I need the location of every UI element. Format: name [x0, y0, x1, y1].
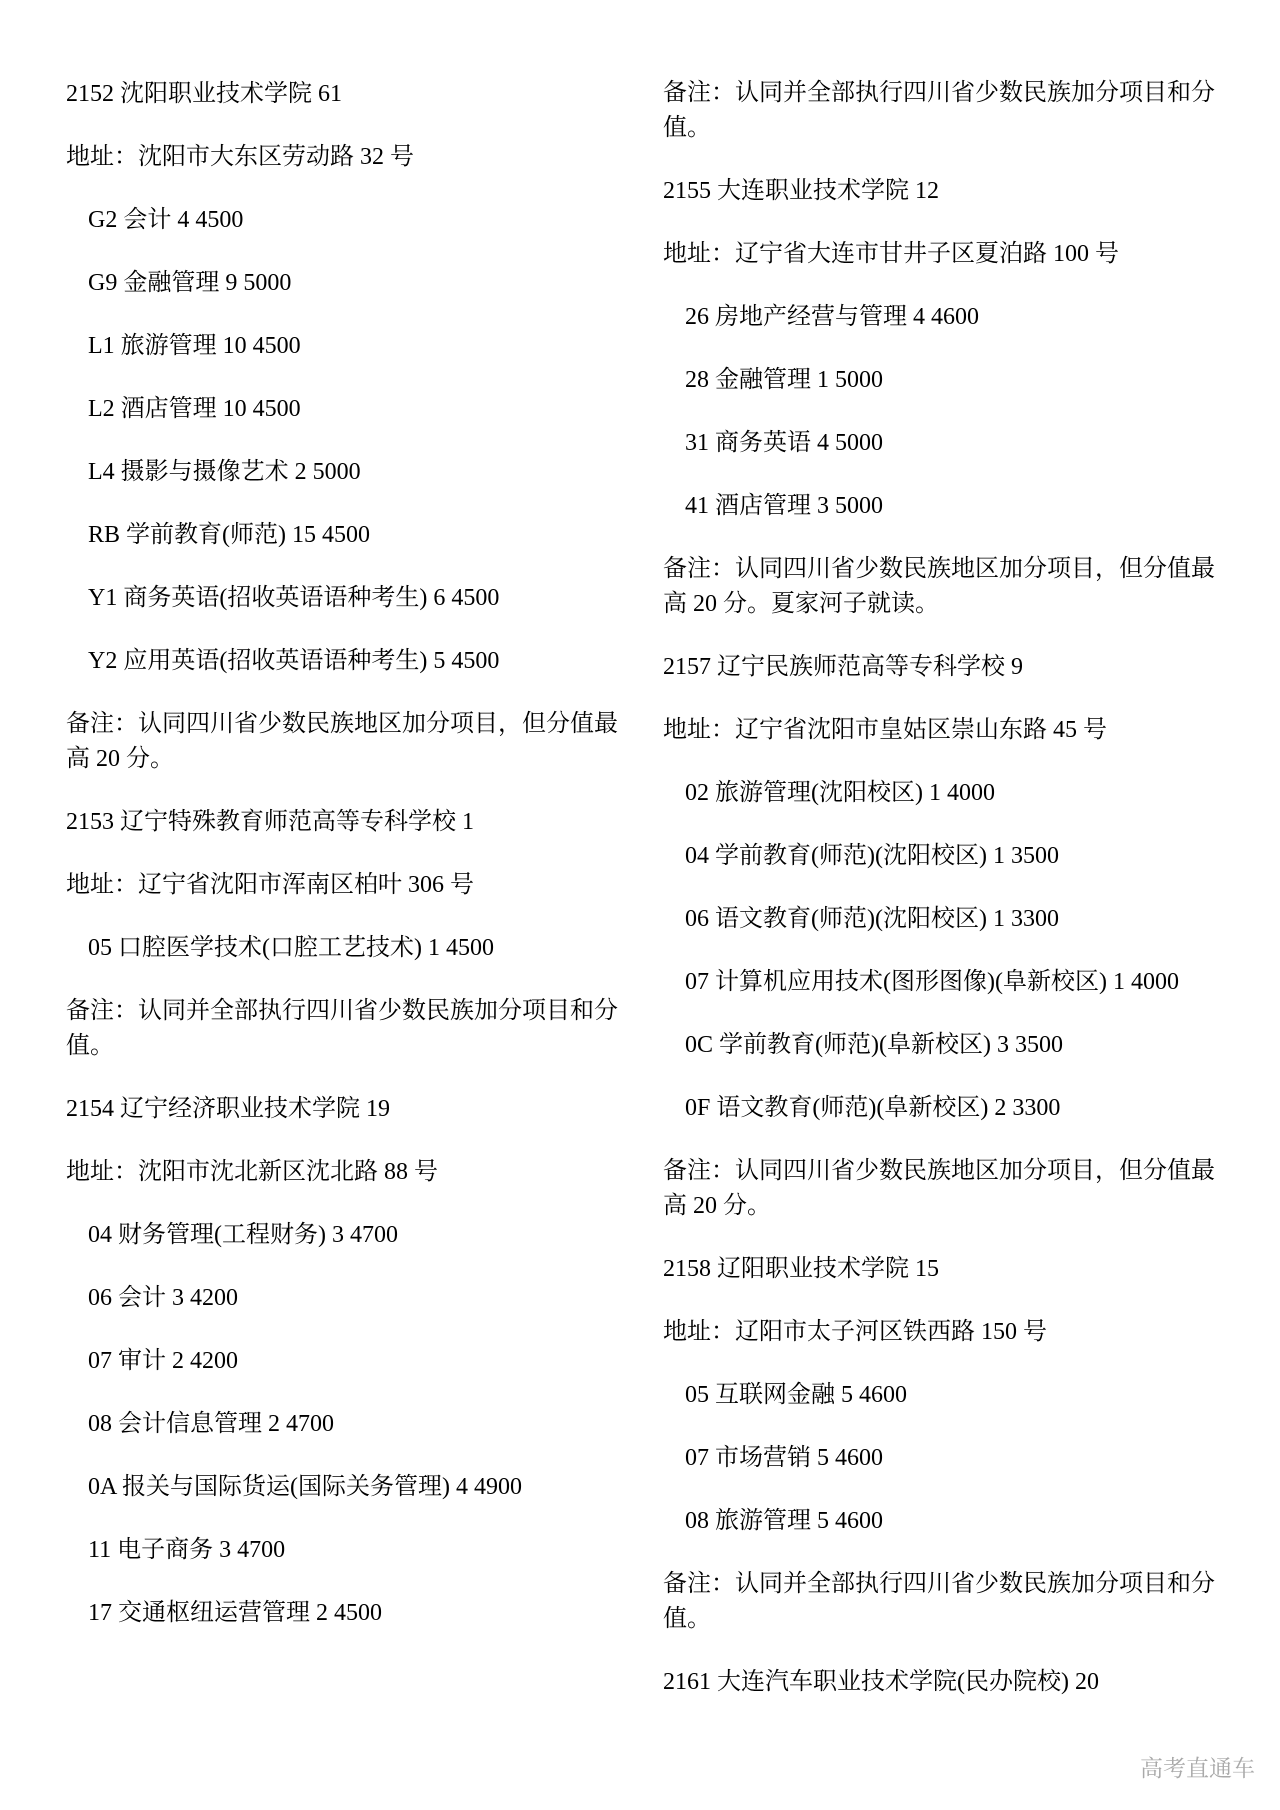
course-line: 26 房地产经营与管理 4 4600	[663, 300, 1223, 335]
course-line: 17 交通枢纽运营管理 2 4500	[66, 1596, 622, 1631]
school-line: 2154 辽宁经济职业技术学院 19	[66, 1092, 622, 1127]
course-line: 08 会计信息管理 2 4700	[66, 1407, 622, 1442]
address-line: 地址：沈阳市大东区劳动路 32 号	[66, 140, 622, 175]
course-line: 11 电子商务 3 4700	[66, 1533, 622, 1568]
note-line: 备注：认同四川省少数民族地区加分项目，但分值最高 20 分。	[66, 707, 622, 777]
course-line: 0A 报关与国际货运(国际关务管理) 4 4900	[66, 1470, 622, 1505]
course-line: 04 学前教育(师范)(沈阳校区) 1 3500	[663, 839, 1223, 874]
course-line: 06 会计 3 4200	[66, 1281, 622, 1316]
course-line: 28 金融管理 1 5000	[663, 363, 1223, 398]
address-line: 地址：辽阳市太子河区铁西路 150 号	[663, 1315, 1223, 1350]
course-line: 04 财务管理(工程财务) 3 4700	[66, 1218, 622, 1253]
course-line: 06 语文教育(师范)(沈阳校区) 1 3300	[663, 902, 1223, 937]
course-line: 0F 语文教育(师范)(阜新校区) 2 3300	[663, 1091, 1223, 1126]
school-line: 2157 辽宁民族师范高等专科学校 9	[663, 650, 1223, 685]
address-line: 地址：沈阳市沈北新区沈北路 88 号	[66, 1155, 622, 1190]
course-line: 41 酒店管理 3 5000	[663, 489, 1223, 524]
course-line: 0C 学前教育(师范)(阜新校区) 3 3500	[663, 1028, 1223, 1063]
school-line: 2158 辽阳职业技术学院 15	[663, 1252, 1223, 1287]
school-line: 2152 沈阳职业技术学院 61	[66, 77, 622, 112]
course-line: G9 金融管理 9 5000	[66, 266, 622, 301]
note-line: 备注：认同并全部执行四川省少数民族加分项目和分值。	[663, 76, 1223, 146]
note-line: 备注：认同并全部执行四川省少数民族加分项目和分值。	[663, 1567, 1223, 1637]
note-line: 备注：认同并全部执行四川省少数民族加分项目和分值。	[66, 994, 622, 1064]
school-line: 2153 辽宁特殊教育师范高等专科学校 1	[66, 805, 622, 840]
left-column: 2152 沈阳职业技术学院 61地址：沈阳市大东区劳动路 32 号G2 会计 4…	[66, 77, 622, 1659]
course-line: 07 计算机应用技术(图形图像)(阜新校区) 1 4000	[663, 965, 1223, 1000]
course-line: 05 互联网金融 5 4600	[663, 1378, 1223, 1413]
right-column: 备注：认同并全部执行四川省少数民族加分项目和分值。2155 大连职业技术学院 1…	[663, 76, 1223, 1728]
document-page: 2152 沈阳职业技术学院 61地址：沈阳市大东区劳动路 32 号G2 会计 4…	[0, 0, 1280, 1810]
course-line: 05 口腔医学技术(口腔工艺技术) 1 4500	[66, 931, 622, 966]
course-line: 08 旅游管理 5 4600	[663, 1504, 1223, 1539]
course-line: 07 市场营销 5 4600	[663, 1441, 1223, 1476]
address-line: 地址：辽宁省沈阳市浑南区柏叶 306 号	[66, 868, 622, 903]
note-line: 备注：认同四川省少数民族地区加分项目，但分值最高 20 分。夏家河子就读。	[663, 552, 1223, 622]
course-line: 02 旅游管理(沈阳校区) 1 4000	[663, 776, 1223, 811]
course-line: L1 旅游管理 10 4500	[66, 329, 622, 364]
school-line: 2155 大连职业技术学院 12	[663, 174, 1223, 209]
footer-watermark: 高考直通车	[1140, 1754, 1255, 1782]
course-line: 07 审计 2 4200	[66, 1344, 622, 1379]
course-line: Y1 商务英语(招收英语语种考生) 6 4500	[66, 581, 622, 616]
school-line: 2161 大连汽车职业技术学院(民办院校) 20	[663, 1665, 1223, 1700]
course-line: L2 酒店管理 10 4500	[66, 392, 622, 427]
address-line: 地址：辽宁省沈阳市皇姑区崇山东路 45 号	[663, 713, 1223, 748]
course-line: L4 摄影与摄像艺术 2 5000	[66, 455, 622, 490]
note-line: 备注：认同四川省少数民族地区加分项目，但分值最高 20 分。	[663, 1154, 1223, 1224]
course-line: Y2 应用英语(招收英语语种考生) 5 4500	[66, 644, 622, 679]
course-line: 31 商务英语 4 5000	[663, 426, 1223, 461]
course-line: RB 学前教育(师范) 15 4500	[66, 518, 622, 553]
address-line: 地址：辽宁省大连市甘井子区夏泊路 100 号	[663, 237, 1223, 272]
course-line: G2 会计 4 4500	[66, 203, 622, 238]
